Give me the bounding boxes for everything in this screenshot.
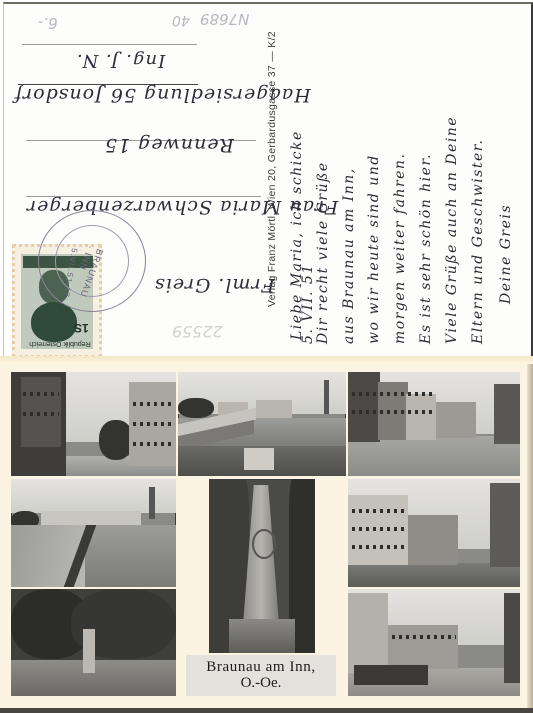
- photo-inn-bridge: [178, 372, 346, 476]
- caption-town: Braunau am Inn,: [206, 659, 315, 675]
- message-line: Es ist sehr schön hier.: [418, 44, 436, 344]
- address-line-initials: Ing. J. N.: [76, 50, 165, 71]
- photo-riverside-promenade: [11, 479, 176, 587]
- stamp-country: Republik Österreich: [25, 340, 93, 347]
- message-line: wo wir heute sind und: [366, 44, 384, 344]
- photo-park-monument: [11, 589, 176, 696]
- postcard-caption: Braunau am Inn, O.-Oe.: [186, 655, 336, 696]
- message-line: aus Braunau am Inn,: [341, 44, 359, 344]
- photo-street-view: [11, 372, 176, 476]
- photo-memorial-stone: [209, 479, 315, 653]
- card-bottom-edge: [0, 708, 533, 713]
- pencil-inventory-number: 22559: [172, 322, 223, 341]
- message-signature: Deine Greis: [498, 144, 516, 304]
- sender-note: Frml. Greis: [154, 274, 275, 296]
- message-line: Eltern und Geschwister.: [470, 44, 488, 344]
- card-shadow: [0, 356, 533, 364]
- stamp-value: 1S: [74, 321, 89, 335]
- address-line-city: Rennweg 15: [104, 134, 234, 156]
- postcard-back: N7689 6.- 40 Ing. J. N. Haagersiedlung 5…: [3, 2, 533, 358]
- caption-region: O.-Oe.: [241, 675, 282, 692]
- photo-market-fountain: [348, 589, 520, 696]
- photo-town-square: [348, 372, 520, 476]
- pencil-note-small: 40: [172, 12, 190, 28]
- address-rule: [22, 44, 197, 45]
- pencil-note-price: 6.-: [38, 14, 58, 32]
- postmark: BRAUNAU · INN 5.VII.51-17: [38, 210, 146, 312]
- pencil-note-number: N7689: [200, 10, 249, 28]
- card-edge: [527, 364, 533, 713]
- publisher-imprint: Verlag Franz Mörtl, Wien 20, Gerbardusga…: [266, 31, 278, 307]
- message-line: Viele Grüße auch an Deine: [444, 44, 462, 344]
- photo-main-street: [348, 479, 520, 587]
- message-line: morgen weiter fahren.: [392, 44, 410, 344]
- message-line: Dir recht viele Grüße: [315, 44, 333, 344]
- message-line: Liebe Maria, ich schicke: [289, 40, 307, 340]
